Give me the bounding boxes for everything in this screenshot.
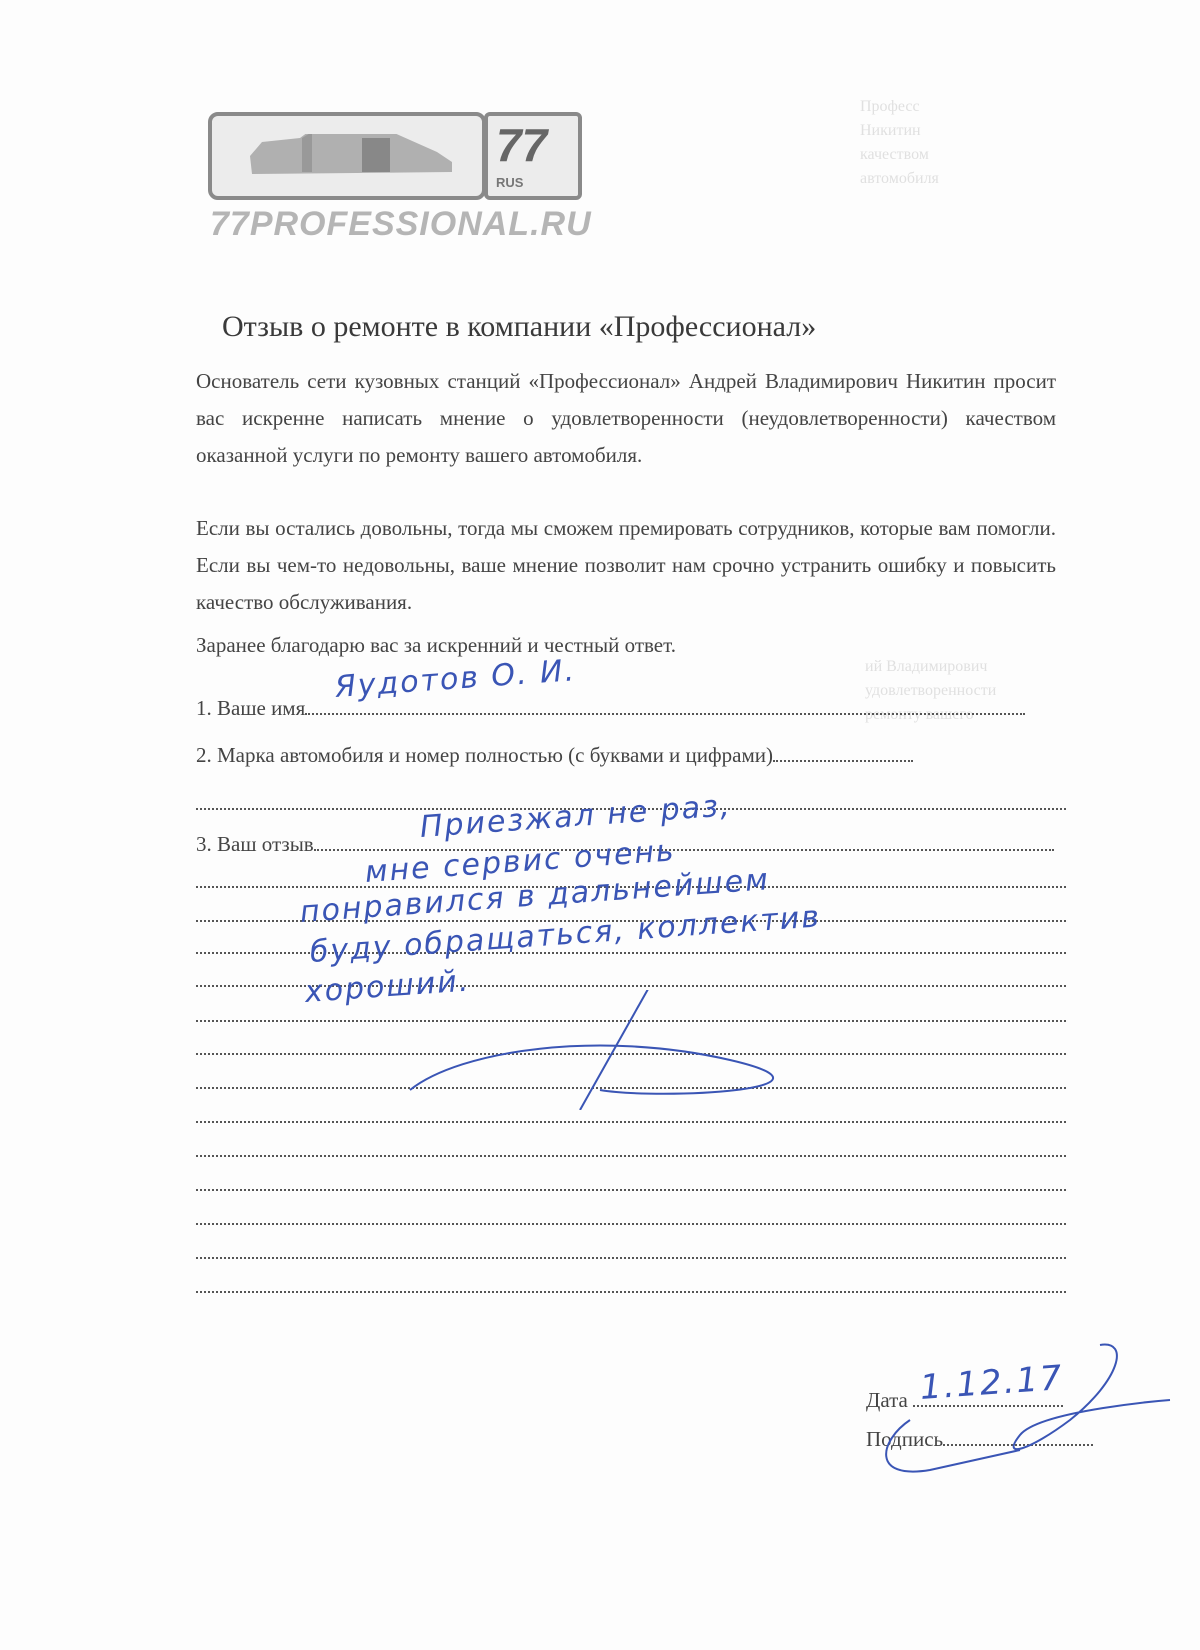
region-box: 77 RUS: [484, 112, 582, 200]
signature-icon: [870, 1340, 1180, 1480]
review-line: [196, 1121, 1066, 1123]
review-label: 3. Ваш отзыв: [196, 832, 314, 856]
review-line: [196, 1189, 1066, 1191]
thanks-paragraph: Заранее благодарю вас за искренний и чес…: [196, 627, 1056, 664]
motivation-paragraph: Если вы остались довольны, тогда мы смож…: [196, 510, 1056, 621]
region-suffix: RUS: [496, 175, 523, 190]
name-field-row[interactable]: 1. Ваше имя: [196, 696, 1066, 721]
region-number: 77: [496, 118, 547, 172]
company-website: 77PROFESSIONAL.RU: [210, 205, 592, 244]
car-field-row[interactable]: 2. Марка автомобиля и номер полностью (с…: [196, 743, 1066, 768]
intro-paragraph: Основатель сети кузовных станций «Профес…: [196, 363, 1056, 474]
name-dotted-line: [305, 697, 1025, 715]
show-through-text: ПрофессНикитинкачествомавтомобиля: [860, 95, 939, 191]
review-line: [196, 1223, 1066, 1225]
review-line: [196, 1257, 1066, 1259]
company-logo: 77 RUS: [208, 112, 588, 202]
car-dotted-line: [773, 744, 913, 762]
review-line: [196, 1291, 1066, 1293]
name-label: 1. Ваше имя: [196, 696, 305, 720]
review-line: [196, 1155, 1066, 1157]
review-signature-flourish: [400, 990, 820, 1110]
page-title: Отзыв о ремонте в компании «Профессионал…: [222, 310, 816, 344]
license-plate-graphic: [208, 112, 486, 200]
car-icon: [242, 134, 457, 179]
car-label: 2. Марка автомобиля и номер полностью (с…: [196, 743, 773, 767]
